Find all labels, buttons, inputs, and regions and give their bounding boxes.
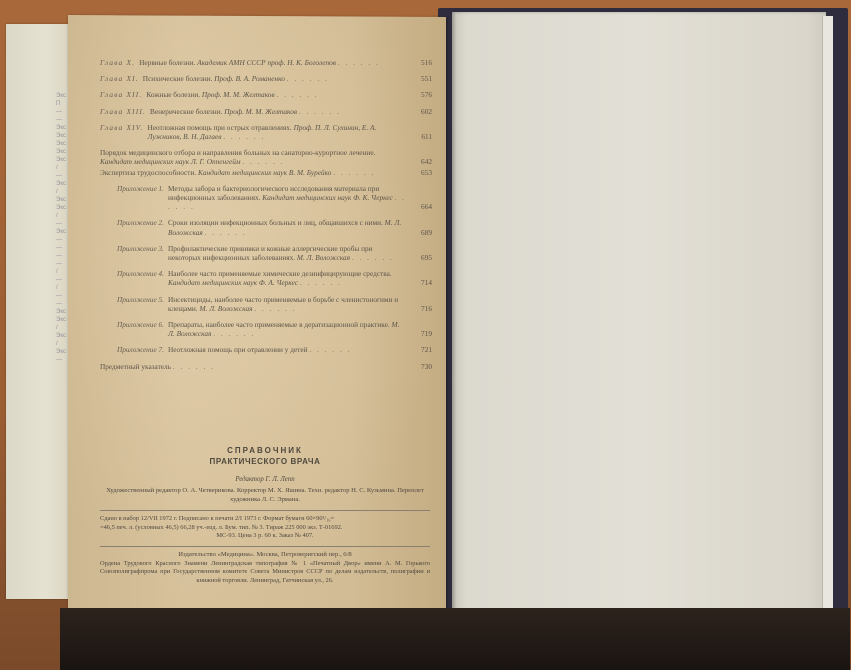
publisher-line: Издательство «Медицина». Москва, Петрове…: [100, 551, 430, 560]
toc-entry: Глава XIV.Неотложная помощь при острых о…: [100, 123, 432, 141]
toc-title: Порядок медицинского отбора и направлени…: [100, 148, 406, 166]
table-of-contents: Глава X.Нервные болезни. Академик АМН СС…: [100, 58, 432, 378]
toc-leader-dots: . . . . . .: [223, 132, 265, 141]
toc-prefix: Приложение 6.: [100, 320, 168, 338]
toc-prefix: Глава XII.: [100, 90, 146, 99]
colophon: СПРАВОЧНИК ПРАКТИЧЕСКОГО ВРАЧА Редактор …: [100, 445, 430, 585]
toc-page-number: 689: [406, 228, 432, 237]
imprint-line: Сдано в набор 12/VII 1972 г. Подписано к…: [100, 515, 430, 523]
toc-page-number: 576: [406, 90, 432, 99]
toc-page-number: 695: [406, 253, 432, 262]
toc-entry: Глава X.Нервные болезни. Академик АМН СС…: [100, 58, 432, 67]
toc-entry: Глава XII.Кожные болезни. Проф. М. М. Же…: [100, 90, 432, 99]
staff-credits: Художественный редактор О. А. Четвериков…: [100, 487, 430, 504]
toc-prefix: Приложение 4.: [100, 269, 168, 287]
toc-prefix: Глава XIII.: [100, 107, 150, 116]
toc-title: Нервные болезни. Академик АМН СССР проф.…: [139, 58, 406, 67]
toc-page-number: 719: [406, 329, 432, 338]
toc-author: Проф. М. М. Желтаков: [224, 107, 299, 116]
toc-title: Кожные болезни. Проф. М. М. Желтаков . .…: [146, 90, 406, 99]
toc-author: Кандидат медицинских наук Ф. К. Черкес: [262, 193, 394, 202]
toc-author: Кандидат медицинских наук Л. Г. Оппенгей…: [100, 157, 242, 166]
toc-leader-dots: . . . . . .: [352, 253, 394, 262]
toc-entry: Приложение 5.Инсектициды, наиболее часто…: [100, 295, 432, 313]
toc-leader-dots: . . . . . .: [287, 74, 329, 83]
toc-author: Проф. В. А. Романенко: [214, 74, 287, 83]
toc-leader-dots: . . . . . .: [309, 345, 351, 354]
toc-leader-dots: . . . . . .: [205, 228, 247, 237]
toc-page-number: 653: [406, 168, 432, 177]
toc-title: Неотложная помощь при отравлении у детей…: [168, 345, 406, 354]
toc-title: Наиболее часто применяемые химические де…: [168, 269, 406, 287]
toc-page-number: 730: [406, 362, 432, 371]
toc-leader-dots: . . . . . .: [300, 278, 342, 287]
toc-page-number: 551: [406, 74, 432, 83]
book-title: СПРАВОЧНИК: [100, 445, 430, 456]
toc-prefix: Приложение 2.: [100, 218, 168, 236]
toc-page-number: 721: [406, 345, 432, 354]
toc-leader-dots: . . . . . .: [299, 107, 341, 116]
toc-page-number: 642: [406, 157, 432, 166]
toc-leader-dots: . . . . . .: [213, 329, 255, 338]
flyleaf-page: Экс П — — Экс Экс Экс Экс Экс / — Экс / …: [6, 24, 72, 599]
toc-leader-dots: . . . . . .: [242, 157, 284, 166]
toc-author: М. Л. Воложская: [168, 320, 399, 338]
divider: [100, 510, 430, 511]
toc-title: Экспертиза трудоспособности. Кандидат ме…: [100, 168, 406, 177]
toc-entry: Приложение 2.Сроки изоляции инфекционных…: [100, 218, 432, 236]
toc-prefix: Приложение 7.: [100, 345, 168, 354]
toc-entry: Приложение 1.Методы забора и бактериолог…: [100, 184, 432, 212]
toc-prefix: Глава X.: [100, 58, 139, 67]
toc-page-number: 602: [406, 107, 432, 116]
toc-prefix: Глава XIV.: [100, 123, 148, 141]
toc-entry: Предметный указатель . . . . . .730: [100, 362, 432, 371]
toc-title: Методы забора и бактериологического иссл…: [168, 184, 406, 212]
toc-entry: Глава XIII.Венерические болезни. Проф. М…: [100, 107, 432, 116]
toc-author: Проф. М. М. Желтаков: [202, 90, 277, 99]
toc-page-number: 611: [406, 132, 432, 141]
toc-page-number: 716: [406, 304, 432, 313]
toc-leader-dots: . . . . . .: [173, 362, 215, 371]
toc-prefix: Приложение 3.: [100, 244, 168, 262]
toc-title: Препараты, наиболее часто применяемые в …: [168, 320, 406, 338]
editor-credit: Редактор Г. Л. Лепп: [100, 476, 430, 483]
toc-author: Кандидат медицинских наук Ф. А. Черкес: [168, 278, 300, 287]
toc-entry: Экспертиза трудоспособности. Кандидат ме…: [100, 168, 432, 177]
toc-leader-dots: . . . . . .: [338, 58, 380, 67]
toc-prefix: Приложение 5.: [100, 295, 168, 313]
page-block-edge: [822, 16, 833, 644]
toc-author: Академик АМН СССР проф. Н. К. Боголепов: [197, 58, 338, 67]
toc-title: Инсектициды, наиболее часто применяемые …: [168, 295, 406, 313]
toc-page-number: 516: [406, 58, 432, 67]
toc-title: Венерические болезни. Проф. М. М. Желтак…: [150, 107, 406, 116]
toc-leader-dots: . . . . . .: [254, 304, 296, 313]
toc-leader-dots: . . . . . .: [276, 90, 318, 99]
imprint-line: МС-93. Цена 3 р. 60 к. Заказ № 407.: [100, 532, 430, 540]
shadow-under-book: [60, 608, 850, 670]
toc-page-number: 664: [406, 202, 432, 211]
toc-title: Сроки изоляции инфекционных больных и ли…: [168, 218, 406, 236]
toc-leader-dots: . . . . . .: [333, 168, 375, 177]
toc-entry: Порядок медицинского отбора и направлени…: [100, 148, 432, 166]
printer-line: Ордена Трудового Красного Знамени Ленинг…: [100, 560, 430, 585]
toc-page-number: 714: [406, 278, 432, 287]
toc-author: М. Л. Воложская: [199, 304, 254, 313]
toc-entry: Приложение 4.Наиболее часто применяемые …: [100, 269, 432, 287]
toc-author: Кандидат медицинских наук В. М. Бурейко: [198, 168, 333, 177]
book-subtitle: ПРАКТИЧЕСКОГО ВРАЧА: [100, 456, 430, 467]
toc-entry: Глава XI.Психические болезни. Проф. В. А…: [100, 74, 432, 83]
toc-entry: Приложение 7.Неотложная помощь при отрав…: [100, 345, 432, 354]
toc-entry: Приложение 3.Профилактические прививки и…: [100, 244, 432, 262]
toc-title: Неотложная помощь при острых отравлениях…: [148, 123, 407, 141]
toc-title: Психические болезни. Проф. В. А. Романен…: [143, 74, 406, 83]
toc-title: Профилактические прививки и кожные аллер…: [168, 244, 406, 262]
toc-author: М. Л. Воложская: [297, 253, 352, 262]
toc-prefix: Глава XI.: [100, 74, 143, 83]
toc-title: Предметный указатель . . . . . .: [100, 362, 406, 371]
toc-author: М. Л. Воложская: [168, 218, 401, 236]
divider: [100, 546, 430, 547]
toc-entry: Приложение 6.Препараты, наиболее часто п…: [100, 320, 432, 338]
imprint-line: =46,5 печ. л. (условных 46,5) 66,28 уч.-…: [100, 524, 430, 532]
blank-endpaper-page: [452, 12, 826, 646]
toc-prefix: Приложение 1.: [100, 184, 168, 212]
